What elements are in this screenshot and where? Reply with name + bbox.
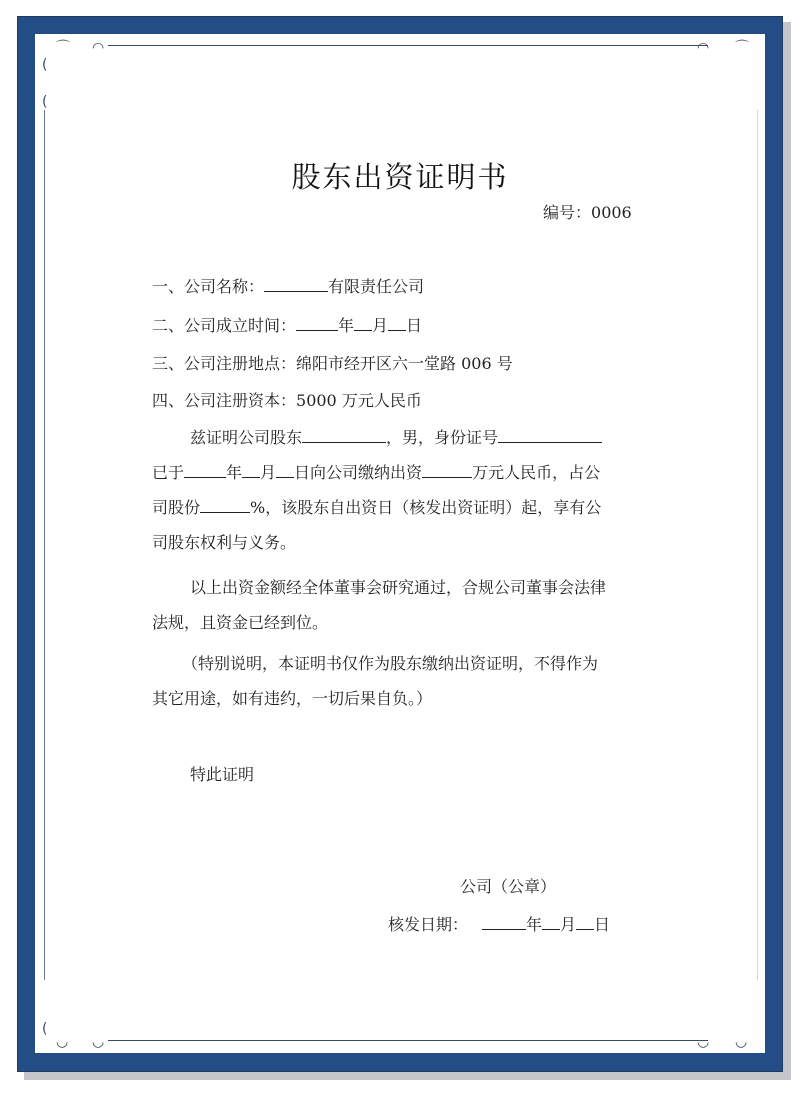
decorative-border-line-right bbox=[757, 110, 758, 980]
body-paragraph-3-note: （特别说明，本证明书仅作为股东缴纳出资证明，不得作为 其它用途，如有违约，一切后… bbox=[152, 646, 642, 716]
item-suffix: 有限责任公司 bbox=[328, 277, 424, 296]
id-number-blank[interactable] bbox=[498, 428, 602, 443]
text: 月 bbox=[260, 463, 276, 482]
corner-ornament-icon: ◡ bbox=[56, 1035, 68, 1049]
year-label: 年 bbox=[338, 316, 354, 335]
corner-ornament-icon: ◡ bbox=[697, 1035, 709, 1049]
corner-ornament-icon: ◠ bbox=[92, 41, 104, 55]
text: （特别说明，本证明书仅作为股东缴纳出资证明，不得作为 bbox=[152, 646, 642, 681]
shareholder-name-blank[interactable] bbox=[302, 428, 386, 443]
text: 日向公司缴纳出资 bbox=[294, 463, 422, 482]
serial-number: 编号：0006 bbox=[543, 200, 632, 223]
corner-ornament-icon: ◡ bbox=[92, 1035, 104, 1049]
decorative-border-line-bottom bbox=[108, 1040, 708, 1041]
payment-month-blank[interactable] bbox=[242, 463, 260, 478]
issue-month-blank[interactable] bbox=[542, 915, 560, 930]
month-blank[interactable] bbox=[354, 316, 372, 331]
month-label: 月 bbox=[560, 915, 576, 934]
item-company-name: 一、公司名称：有限责任公司 bbox=[152, 274, 424, 297]
item-registered-capital: 四、公司注册资本：5000 万元人民币 bbox=[152, 388, 422, 411]
text: 法规，且资金已经到位。 bbox=[152, 605, 642, 640]
decorative-border-line-left bbox=[44, 110, 45, 980]
item-label: 二、公司成立时间： bbox=[152, 316, 296, 335]
document-title: 股东出资证明书 bbox=[0, 155, 800, 196]
item-establish-date: 二、公司成立时间：年月日 bbox=[152, 313, 422, 336]
decorative-border-line-top bbox=[108, 45, 708, 46]
text: 兹证明公司股东 bbox=[190, 428, 302, 447]
year-blank[interactable] bbox=[296, 316, 338, 331]
corner-ornament-icon: ( bbox=[42, 95, 47, 109]
text: 司股份 bbox=[152, 498, 200, 517]
issue-day-blank[interactable] bbox=[576, 915, 594, 930]
text: 已于 bbox=[152, 463, 184, 482]
text: %，该股东自出资日（核发出资证明）起，享有公 bbox=[250, 498, 601, 517]
text: 万元人民币，占公 bbox=[472, 463, 600, 482]
text: 司股东权利与义务。 bbox=[152, 533, 296, 552]
item-label: 一、公司名称： bbox=[152, 277, 264, 296]
payment-year-blank[interactable] bbox=[184, 463, 226, 478]
body-paragraph-1: 兹证明公司股东，男，身份证号 已于年月日向公司缴纳出资万元人民币，占公 司股份%… bbox=[152, 420, 642, 560]
corner-ornament-icon: ◠ bbox=[697, 41, 709, 55]
item-label: 四、公司注册资本： bbox=[152, 391, 296, 410]
text: 年 bbox=[226, 463, 242, 482]
share-percentage-blank[interactable] bbox=[200, 498, 250, 513]
corner-ornament-icon: ⌒ bbox=[735, 41, 749, 55]
contribution-amount-blank[interactable] bbox=[422, 463, 472, 478]
item-registered-address: 三、公司注册地点：绵阳市经开区六一堂路 006 号 bbox=[152, 351, 513, 374]
closing-statement: 特此证明 bbox=[190, 762, 254, 785]
item-value: 5000 万元人民币 bbox=[296, 391, 422, 410]
year-label: 年 bbox=[526, 915, 542, 934]
company-seal-label: 公司（公章） bbox=[460, 874, 556, 897]
text: ，男，身份证号 bbox=[386, 428, 498, 447]
item-label: 三、公司注册地点： bbox=[152, 354, 296, 373]
issue-date: 核发日期：年月日 bbox=[388, 912, 610, 935]
day-label: 日 bbox=[406, 316, 422, 335]
body-paragraph-2: 以上出资金额经全体董事会研究通过，合规公司董事会法律 法规，且资金已经到位。 bbox=[152, 570, 642, 640]
payment-day-blank[interactable] bbox=[276, 463, 294, 478]
text: 以上出资金额经全体董事会研究通过，合规公司董事会法律 bbox=[152, 570, 642, 605]
serial-label: 编号： bbox=[543, 203, 591, 222]
day-blank[interactable] bbox=[388, 316, 406, 331]
serial-value: 0006 bbox=[591, 203, 632, 222]
issue-year-blank[interactable] bbox=[482, 915, 526, 930]
corner-ornament-icon: ◡ bbox=[735, 1035, 747, 1049]
month-label: 月 bbox=[372, 316, 388, 335]
item-value: 绵阳市经开区六一堂路 006 号 bbox=[296, 354, 513, 373]
day-label: 日 bbox=[594, 915, 610, 934]
corner-ornament-icon: ⌒ bbox=[56, 41, 70, 55]
corner-ornament-icon: ( bbox=[42, 58, 47, 72]
text: 其它用途，如有违约，一切后果自负。） bbox=[152, 681, 642, 716]
corner-ornament-icon: ( bbox=[42, 1022, 47, 1036]
issue-date-label: 核发日期： bbox=[388, 915, 468, 934]
company-name-blank[interactable] bbox=[264, 277, 328, 292]
